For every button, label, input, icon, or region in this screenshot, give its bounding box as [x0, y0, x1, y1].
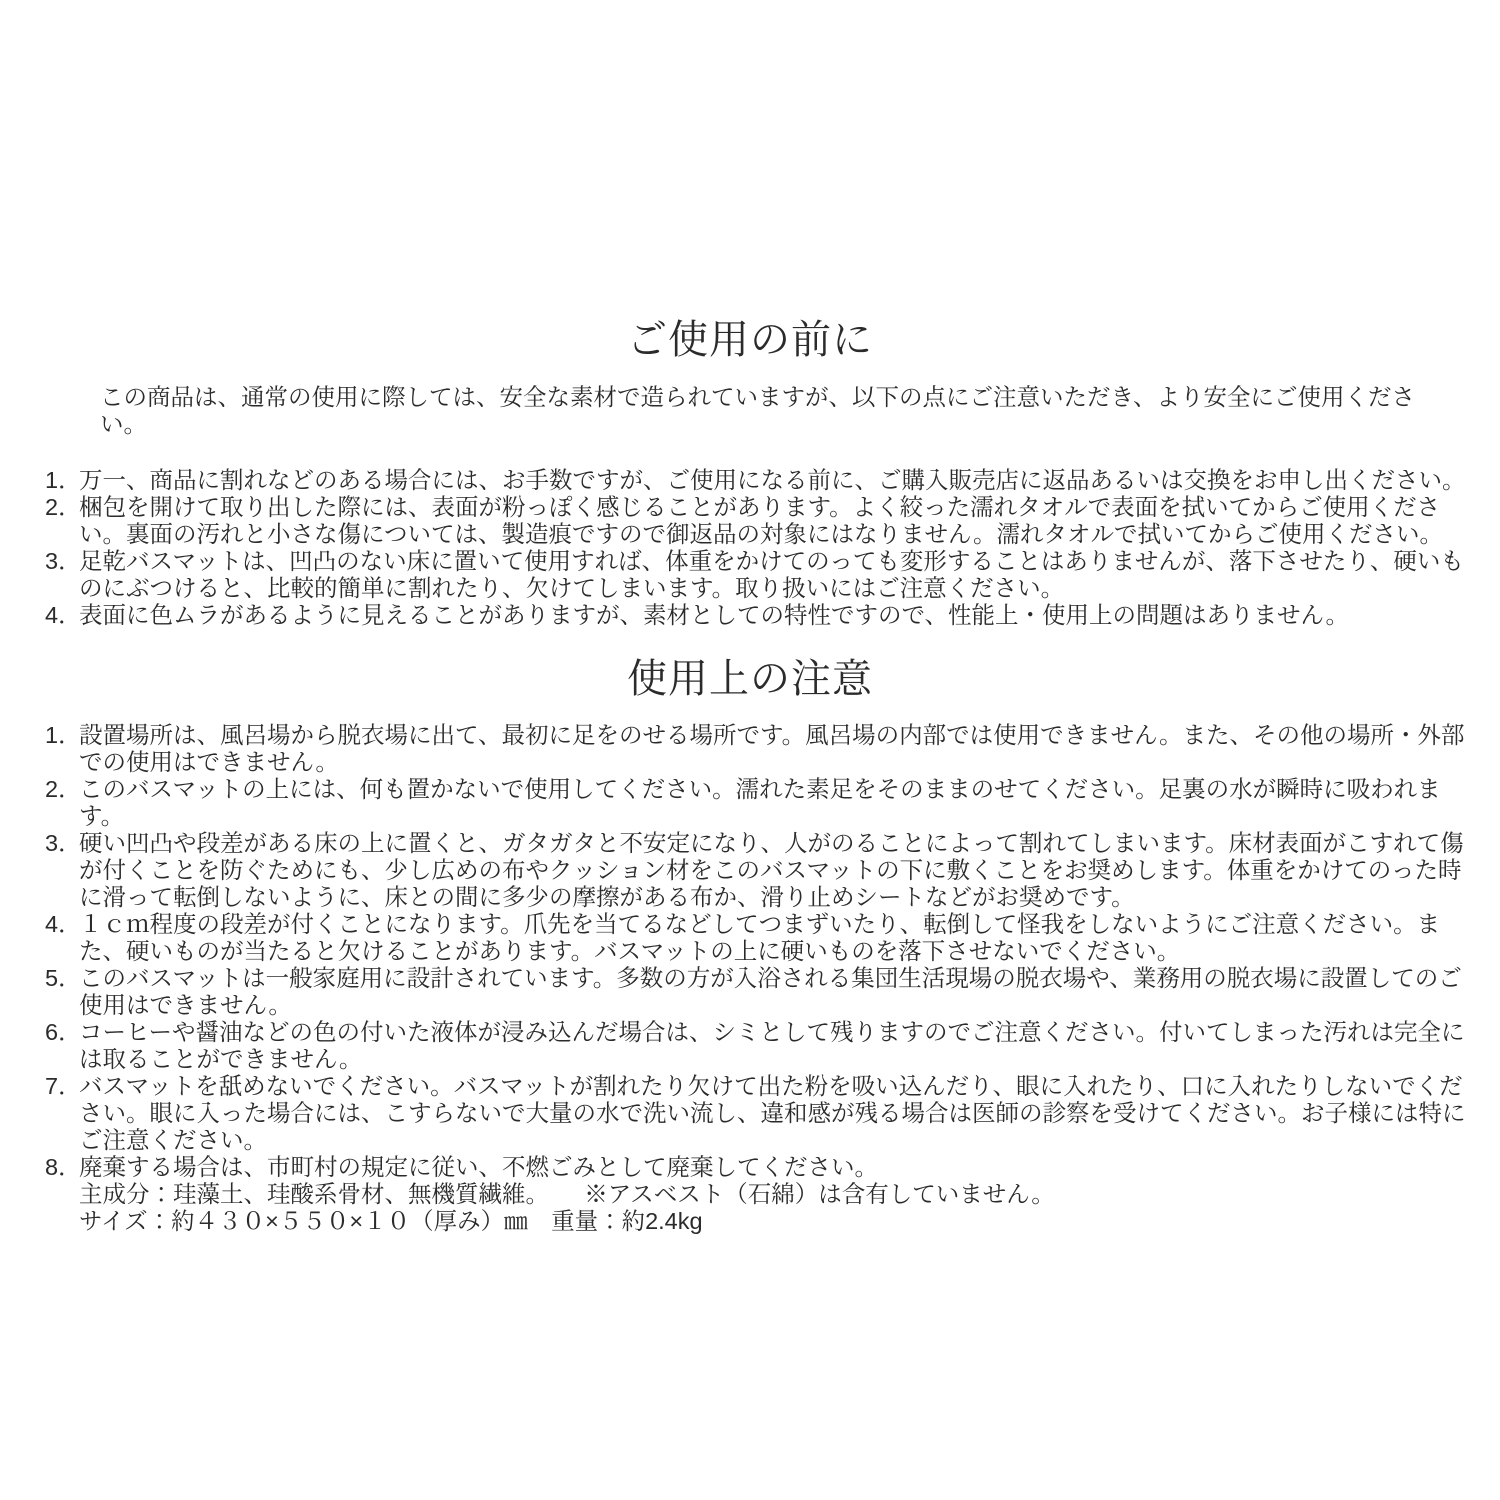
- list-item: 2． このバスマットの上には、何も置かないで使用してください。濡れた素足をそのま…: [45, 776, 1468, 830]
- precautions-list: 1． 設置場所は、風呂場から脱衣場に出て、最初に足をのせる場所です。風呂場の内部…: [0, 722, 1500, 1235]
- item-number: 4．: [45, 602, 79, 629]
- item-text: １ｃｍ程度の段差が付くことになります。爪先を当てるなどしてつまずいたり、転倒して…: [79, 911, 1468, 965]
- item-number: 7．: [45, 1073, 79, 1100]
- item-number: 3．: [45, 830, 79, 857]
- item-number: 1．: [45, 722, 79, 749]
- item-number: 3．: [45, 548, 79, 575]
- instruction-sheet: ご使用の前に この商品は、通常の使用に際しては、安全な素材で造られていますが、以…: [0, 0, 1500, 1235]
- list-item: 7． バスマットを舐めないでください。バスマットが割れたり欠けて出た粉を吸い込ん…: [45, 1073, 1468, 1154]
- list-item: 3． 硬い凹凸や段差がある床の上に置くと、ガタガタと不安定になり、人がのることに…: [45, 830, 1468, 911]
- ingredients-line: 主成分：珪藻土、珪酸系骨材、無機質繊維。 ※アスベスト（石綿）は含有していません…: [79, 1181, 1468, 1208]
- item-text: 廃棄する場合は、市町村の規定に従い、不燃ごみとして廃棄してください。: [79, 1154, 1468, 1181]
- item-number: 5．: [45, 965, 79, 992]
- item-number: 2．: [45, 494, 79, 521]
- item-text: 硬い凹凸や段差がある床の上に置くと、ガタガタと不安定になり、人がのることによって…: [79, 830, 1468, 911]
- list-item: 6． コーヒーや醤油などの色の付いた液体が浸み込んだ場合は、シミとして残りますの…: [45, 1019, 1468, 1073]
- list-item: 2． 梱包を開けて取り出した際には、表面が粉っぽく感じることがあります。よく絞っ…: [45, 494, 1468, 548]
- item-text: 万一、商品に割れなどのある場合には、お手数ですが、ご使用になる前に、ご購入販売店…: [79, 467, 1468, 494]
- item-text-group: 廃棄する場合は、市町村の規定に従い、不燃ごみとして廃棄してください。 主成分：珪…: [79, 1154, 1468, 1235]
- list-item: 8． 廃棄する場合は、市町村の規定に従い、不燃ごみとして廃棄してください。 主成…: [45, 1154, 1468, 1235]
- item-number: 6．: [45, 1019, 79, 1046]
- item-text: このバスマットは一般家庭用に設計されています。多数の方が入浴される集団生活現場の…: [79, 965, 1468, 1019]
- list-item: 4． 表面に色ムラがあるように見えることがありますが、素材としての特性ですので、…: [45, 602, 1468, 629]
- item-number: 2．: [45, 776, 79, 803]
- size-weight-line: サイズ：約４３０×５５０×１０（厚み）㎜ 重量：約2.4kg: [79, 1208, 1468, 1235]
- list-item: 5． このバスマットは一般家庭用に設計されています。多数の方が入浴される集団生活…: [45, 965, 1468, 1019]
- item-text: 足乾バスマットは、凹凸のない床に置いて使用すれば、体重をかけてのっても変形するこ…: [79, 548, 1468, 602]
- section-title-before-use: ご使用の前に: [0, 316, 1500, 364]
- list-item: 4． １ｃｍ程度の段差が付くことになります。爪先を当てるなどしてつまずいたり、転…: [45, 911, 1468, 965]
- item-text: バスマットを舐めないでください。バスマットが割れたり欠けて出た粉を吸い込んだり、…: [79, 1073, 1468, 1154]
- intro-paragraph: この商品は、通常の使用に際しては、安全な素材で造られていますが、以下の点にご注意…: [100, 384, 1440, 438]
- item-number: 4．: [45, 911, 79, 938]
- item-text: コーヒーや醤油などの色の付いた液体が浸み込んだ場合は、シミとして残りますのでご注…: [79, 1019, 1468, 1073]
- item-number: 1．: [45, 467, 79, 494]
- item-text: 設置場所は、風呂場から脱衣場に出て、最初に足をのせる場所です。風呂場の内部では使…: [79, 722, 1468, 776]
- item-text: このバスマットの上には、何も置かないで使用してください。濡れた素足をそのままのせ…: [79, 776, 1468, 830]
- before-use-list: 1． 万一、商品に割れなどのある場合には、お手数ですが、ご使用になる前に、ご購入…: [0, 467, 1500, 629]
- list-item: 3． 足乾バスマットは、凹凸のない床に置いて使用すれば、体重をかけてのっても変形…: [45, 548, 1468, 602]
- item-number: 8．: [45, 1154, 79, 1181]
- list-item: 1． 万一、商品に割れなどのある場合には、お手数ですが、ご使用になる前に、ご購入…: [45, 467, 1468, 494]
- item-text: 梱包を開けて取り出した際には、表面が粉っぽく感じることがあります。よく絞った濡れ…: [79, 494, 1468, 548]
- list-item: 1． 設置場所は、風呂場から脱衣場に出て、最初に足をのせる場所です。風呂場の内部…: [45, 722, 1468, 776]
- section-title-precautions: 使用上の注意: [0, 655, 1500, 703]
- item-text: 表面に色ムラがあるように見えることがありますが、素材としての特性ですので、性能上…: [79, 602, 1468, 629]
